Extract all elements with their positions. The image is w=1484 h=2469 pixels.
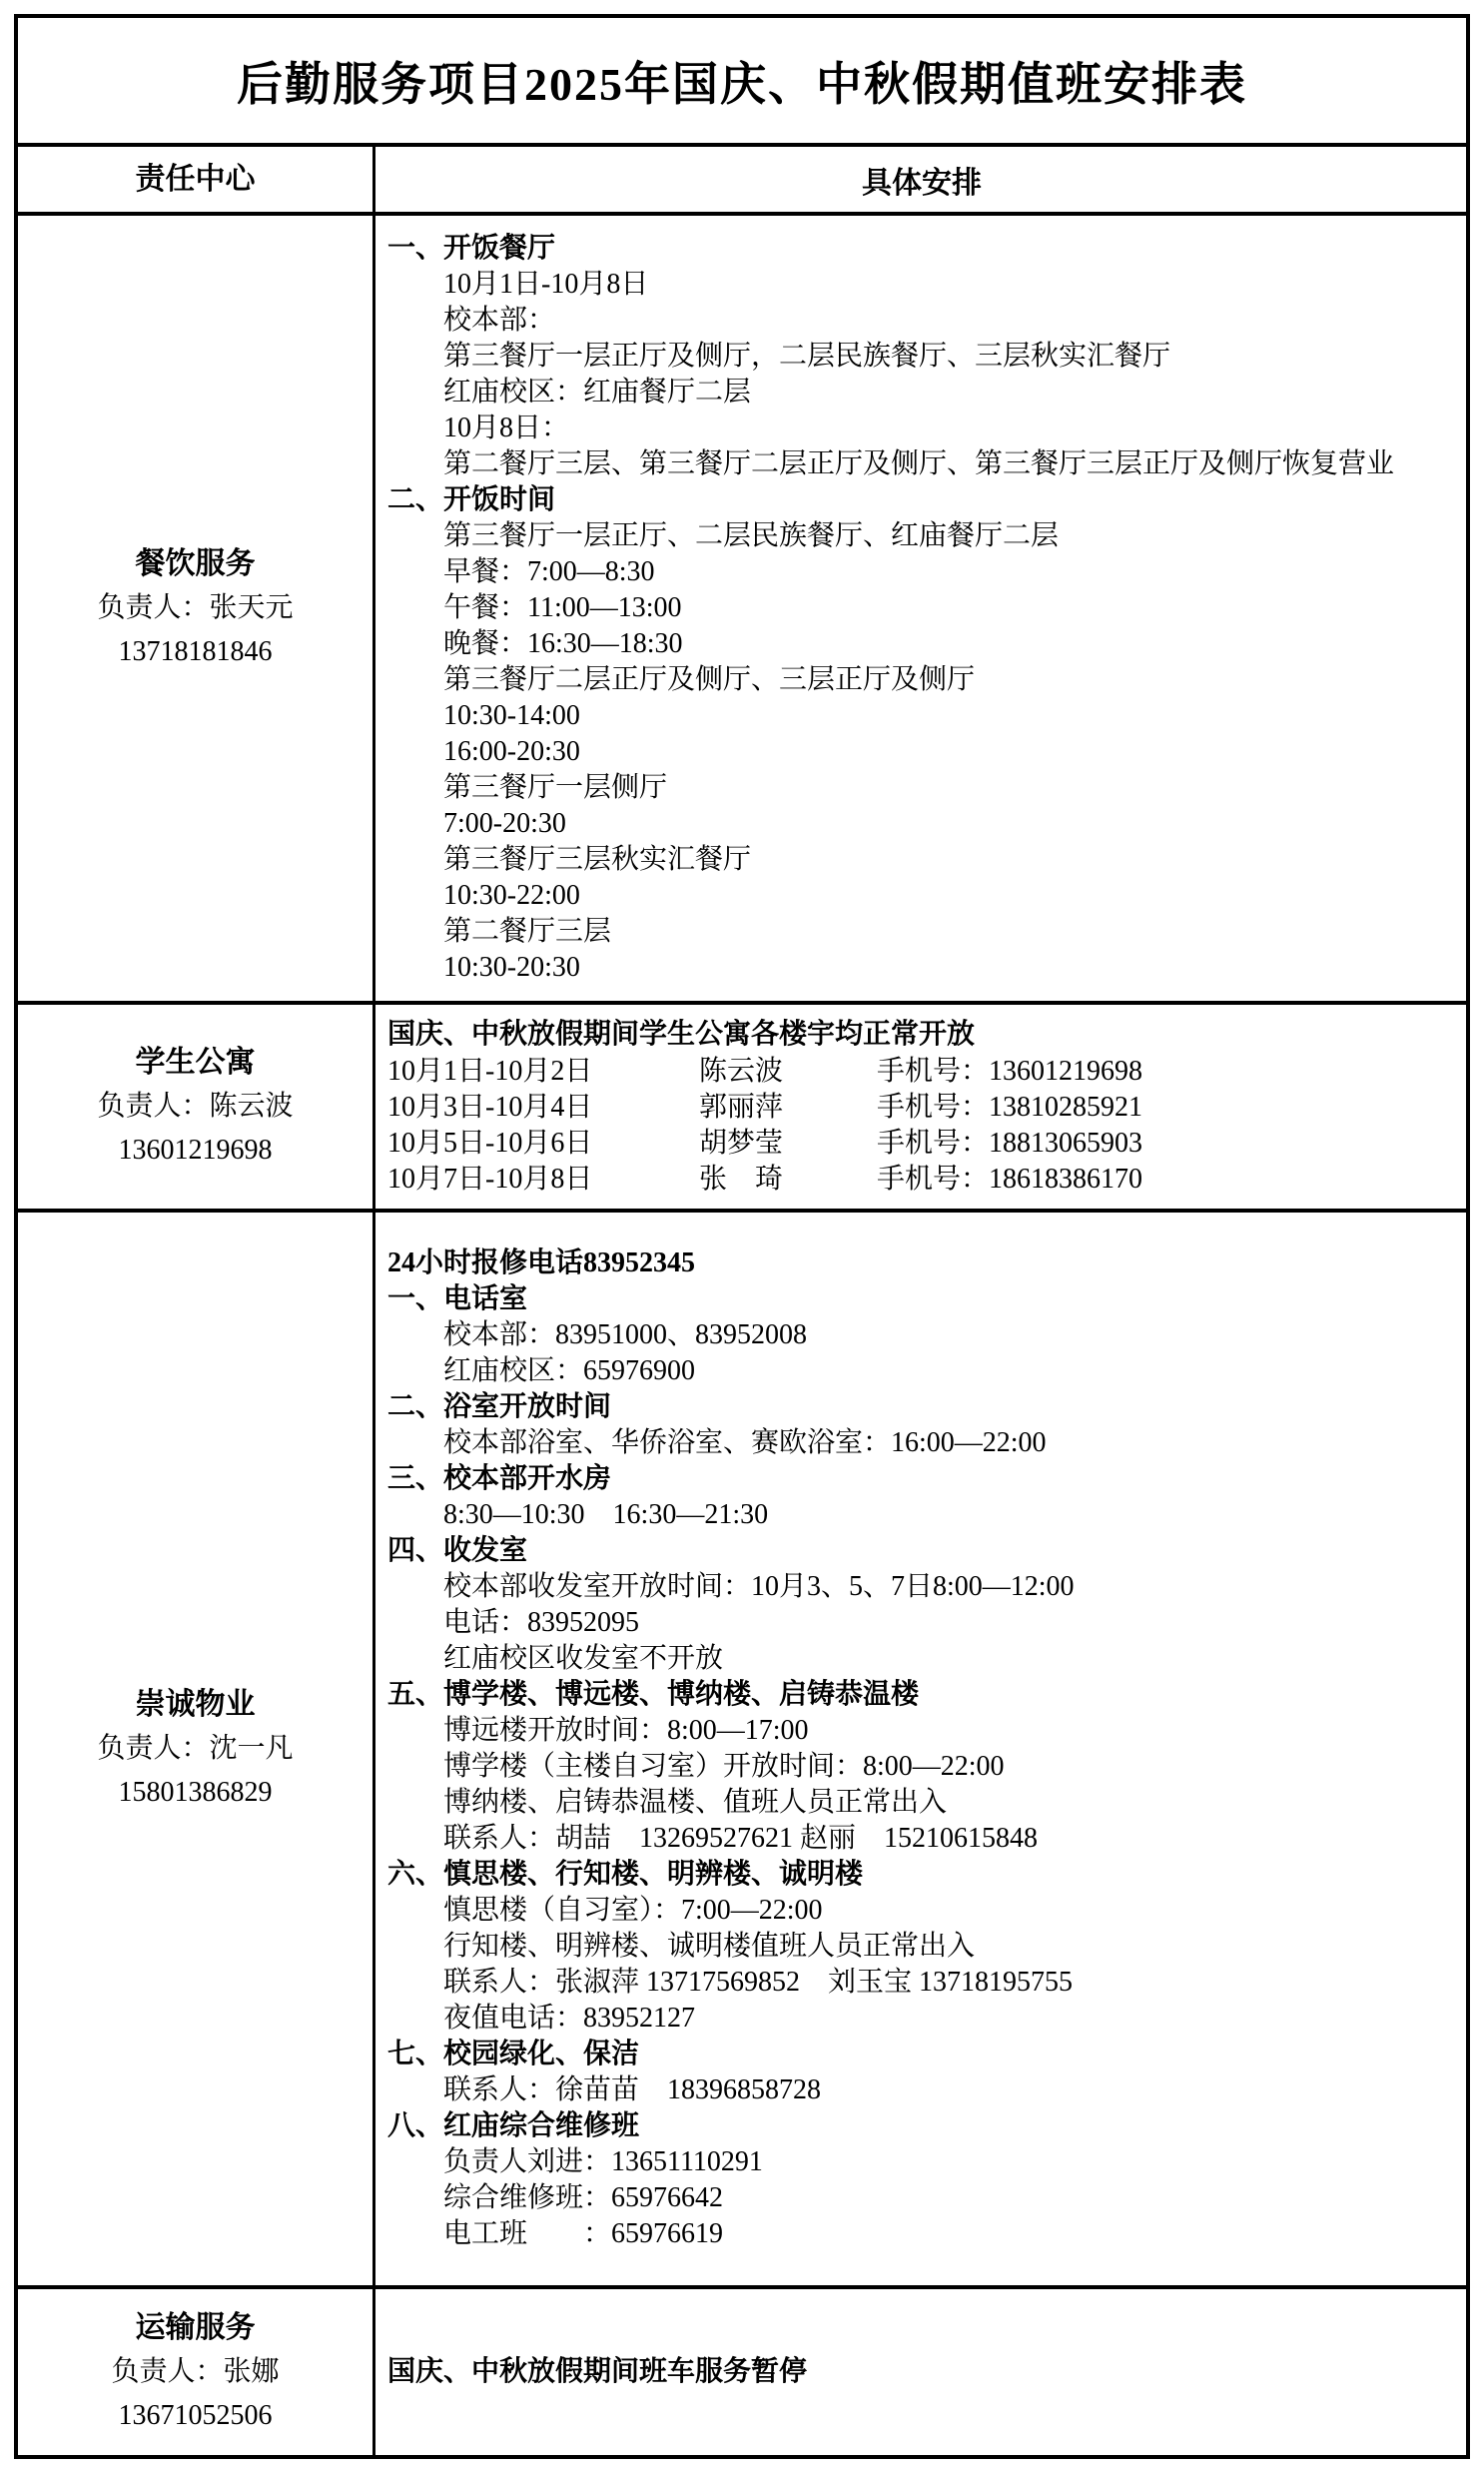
dept-manager: 负责人：张娜 bbox=[111, 2350, 279, 2394]
duty-line: 10月5日-10月6日胡梦莹手机号：18813065903 bbox=[387, 1126, 1456, 1162]
schedule-line: 早餐：7:00—8:30 bbox=[387, 554, 1456, 590]
schedule-line: 博纳楼、启铸恭温楼、值班人员正常出入 bbox=[387, 1785, 1456, 1821]
schedule-line: 第三餐厅一层正厅、二层民族餐厅、红庙餐厅二层 bbox=[387, 518, 1456, 554]
center-cell-dormitory: 学生公寓 负责人：陈云波 13601219698 bbox=[18, 1005, 375, 1209]
schedule-line: 一、电话室 bbox=[387, 1281, 1456, 1317]
schedule-line: 综合维修班：65976642 bbox=[387, 2180, 1456, 2216]
dept-manager: 负责人：沈一凡 bbox=[97, 1727, 293, 1771]
schedule-line: 一、开饭餐厅 bbox=[387, 231, 1456, 267]
schedule-line: 校本部：83951000、83952008 bbox=[387, 1317, 1456, 1353]
dormitory-intro: 国庆、中秋放假期间学生公寓各楼宇均正常开放 bbox=[387, 1016, 1456, 1054]
schedule-line: 10:30-22:00 bbox=[387, 878, 1456, 914]
schedule-line: 联系人：胡喆 13269527621 赵丽 15210615848 bbox=[387, 1821, 1456, 1857]
schedule-line: 博远楼开放时间：8:00—17:00 bbox=[387, 1713, 1456, 1749]
dept-manager: 负责人：张天元 bbox=[97, 586, 293, 630]
arrangement-cell-dormitory: 国庆、中秋放假期间学生公寓各楼宇均正常开放 10月1日-10月2日陈云波手机号：… bbox=[375, 1005, 1466, 1209]
schedule-line: 10月1日-10月8日 bbox=[387, 267, 1456, 303]
schedule-line: 第二餐厅三层、第三餐厅二层正厅及侧厅、第三餐厅三层正厅及侧厅恢复营业 bbox=[387, 446, 1456, 482]
duty-dates: 10月7日-10月8日 bbox=[387, 1162, 699, 1198]
schedule-line: 第三餐厅一层正厅及侧厅，二层民族餐厅、三层秋实汇餐厅 bbox=[387, 339, 1456, 375]
schedule-line: 7:00-20:30 bbox=[387, 806, 1456, 842]
dept-name: 崇诚物业 bbox=[136, 1683, 256, 1727]
schedule-line: 第三餐厅一层侧厅 bbox=[387, 770, 1456, 806]
schedule-line: 10:30-20:30 bbox=[387, 950, 1456, 986]
transport-note: 国庆、中秋放假期间班车服务暂停 bbox=[387, 2354, 1456, 2390]
schedule-line: 午餐：11:00—13:00 bbox=[387, 590, 1456, 626]
center-cell-catering: 餐饮服务 负责人：张天元 13718181846 bbox=[18, 216, 375, 1001]
column-header-responsibility-center: 责任中心 bbox=[18, 147, 375, 212]
duty-phone: 手机号：13601219698 bbox=[877, 1056, 1142, 1087]
duty-dates: 10月1日-10月2日 bbox=[387, 1054, 699, 1090]
dept-manager: 负责人：陈云波 bbox=[97, 1085, 293, 1129]
duty-line: 10月1日-10月2日陈云波手机号：13601219698 bbox=[387, 1054, 1456, 1090]
table-row-catering: 餐饮服务 负责人：张天元 13718181846 一、开饭餐厅10月1日-10月… bbox=[18, 212, 1466, 1001]
schedule-line: 三、校本部开水房 bbox=[387, 1461, 1456, 1497]
schedule-line: 行知楼、明辨楼、诚明楼值班人员正常出入 bbox=[387, 1929, 1456, 1965]
dept-name: 学生公寓 bbox=[136, 1041, 256, 1085]
page-title: 后勤服务项目2025年国庆、中秋假期值班安排表 bbox=[237, 48, 1247, 114]
dept-name: 运输服务 bbox=[136, 2306, 256, 2350]
schedule-line: 16:00-20:30 bbox=[387, 734, 1456, 770]
title-row: 后勤服务项目2025年国庆、中秋假期值班安排表 bbox=[18, 18, 1466, 143]
duty-line: 10月7日-10月8日张 琦手机号：18618386170 bbox=[387, 1162, 1456, 1198]
center-cell-property: 崇诚物业 负责人：沈一凡 15801386829 bbox=[18, 1213, 375, 2285]
schedule-line: 二、浴室开放时间 bbox=[387, 1389, 1456, 1425]
duty-schedule-table: 后勤服务项目2025年国庆、中秋假期值班安排表 责任中心 具体安排 餐饮服务 负… bbox=[14, 14, 1470, 2459]
schedule-line: 红庙校区：65976900 bbox=[387, 1353, 1456, 1389]
arrangement-cell-property: 24小时报修电话83952345一、电话室校本部：83951000、839520… bbox=[375, 1213, 1466, 2285]
schedule-line: 夜值电话：83952127 bbox=[387, 2001, 1456, 2037]
schedule-line: 电工班 ：65976619 bbox=[387, 2216, 1456, 2252]
dept-phone: 15801386829 bbox=[119, 1771, 273, 1815]
duty-name: 张 琦 bbox=[699, 1162, 877, 1198]
schedule-line: 10:30-14:00 bbox=[387, 698, 1456, 734]
schedule-line: 电话：83952095 bbox=[387, 1605, 1456, 1641]
schedule-line: 四、收发室 bbox=[387, 1533, 1456, 1569]
dept-phone: 13671052506 bbox=[119, 2394, 273, 2438]
dept-phone: 13601219698 bbox=[119, 1129, 273, 1173]
schedule-line: 校本部收发室开放时间：10月3、5、7日8:00—12:00 bbox=[387, 1569, 1456, 1605]
schedule-line: 六、慎思楼、行知楼、明辨楼、诚明楼 bbox=[387, 1857, 1456, 1893]
schedule-lines: 一、开饭餐厅10月1日-10月8日校本部：第三餐厅一层正厅及侧厅，二层民族餐厅、… bbox=[387, 231, 1456, 986]
table-row-transport: 运输服务 负责人：张娜 13671052506 国庆、中秋放假期间班车服务暂停 bbox=[18, 2285, 1466, 2455]
duty-phone: 手机号：18618386170 bbox=[877, 1164, 1142, 1195]
duty-name: 郭丽萍 bbox=[699, 1090, 877, 1126]
duty-line: 10月3日-10月4日郭丽萍手机号：13810285921 bbox=[387, 1090, 1456, 1126]
schedule-line: 七、校园绿化、保洁 bbox=[387, 2037, 1456, 2072]
center-cell-transport: 运输服务 负责人：张娜 13671052506 bbox=[18, 2289, 375, 2455]
schedule-line: 联系人：徐苗苗 18396858728 bbox=[387, 2072, 1456, 2108]
schedule-line: 联系人：张淑萍 13717569852 刘玉宝 13718195755 bbox=[387, 1965, 1456, 2001]
table-row-property: 崇诚物业 负责人：沈一凡 15801386829 24小时报修电话8395234… bbox=[18, 1209, 1466, 2285]
schedule-line: 晚餐：16:30—18:30 bbox=[387, 626, 1456, 662]
schedule-line: 校本部浴室、华侨浴室、赛欧浴室：16:00—22:00 bbox=[387, 1425, 1456, 1461]
schedule-line: 第三餐厅三层秋实汇餐厅 bbox=[387, 842, 1456, 878]
schedule-line: 校本部： bbox=[387, 303, 1456, 339]
schedule-lines: 24小时报修电话83952345一、电话室校本部：83951000、839520… bbox=[387, 1245, 1456, 2252]
schedule-line: 红庙校区：红庙餐厅二层 bbox=[387, 375, 1456, 411]
duty-dates: 10月3日-10月4日 bbox=[387, 1090, 699, 1126]
schedule-line: 第三餐厅二层正厅及侧厅、三层正厅及侧厅 bbox=[387, 662, 1456, 698]
schedule-line: 10月8日： bbox=[387, 411, 1456, 446]
schedule-line: 二、开饭时间 bbox=[387, 482, 1456, 518]
dept-name: 餐饮服务 bbox=[136, 542, 256, 586]
duty-phone: 手机号：18813065903 bbox=[877, 1128, 1142, 1159]
table-header-row: 责任中心 具体安排 bbox=[18, 143, 1466, 212]
column-header-arrangements: 具体安排 bbox=[375, 147, 1466, 212]
schedule-line: 博学楼（主楼自习室）开放时间：8:00—22:00 bbox=[387, 1749, 1456, 1785]
schedule-line: 五、博学楼、博远楼、博纳楼、启铸恭温楼 bbox=[387, 1677, 1456, 1713]
arrangement-cell-transport: 国庆、中秋放假期间班车服务暂停 bbox=[375, 2289, 1466, 2455]
dept-phone: 13718181846 bbox=[119, 630, 273, 674]
schedule-line: 24小时报修电话83952345 bbox=[387, 1245, 1456, 1281]
duty-roster: 10月1日-10月2日陈云波手机号：1360121969810月3日-10月4日… bbox=[387, 1054, 1456, 1198]
arrangement-cell-catering: 一、开饭餐厅10月1日-10月8日校本部：第三餐厅一层正厅及侧厅，二层民族餐厅、… bbox=[375, 216, 1466, 1001]
duty-name: 陈云波 bbox=[699, 1054, 877, 1090]
schedule-line: 第二餐厅三层 bbox=[387, 914, 1456, 950]
schedule-line: 负责人刘进：13651110291 bbox=[387, 2144, 1456, 2180]
table-row-dormitory: 学生公寓 负责人：陈云波 13601219698 国庆、中秋放假期间学生公寓各楼… bbox=[18, 1001, 1466, 1209]
schedule-line: 红庙校区收发室不开放 bbox=[387, 1641, 1456, 1677]
duty-dates: 10月5日-10月6日 bbox=[387, 1126, 699, 1162]
schedule-line: 慎思楼（自习室）：7:00—22:00 bbox=[387, 1893, 1456, 1929]
schedule-line: 8:30—10:30 16:30—21:30 bbox=[387, 1497, 1456, 1533]
schedule-line: 八、红庙综合维修班 bbox=[387, 2108, 1456, 2144]
duty-name: 胡梦莹 bbox=[699, 1126, 877, 1162]
duty-phone: 手机号：13810285921 bbox=[877, 1092, 1142, 1123]
